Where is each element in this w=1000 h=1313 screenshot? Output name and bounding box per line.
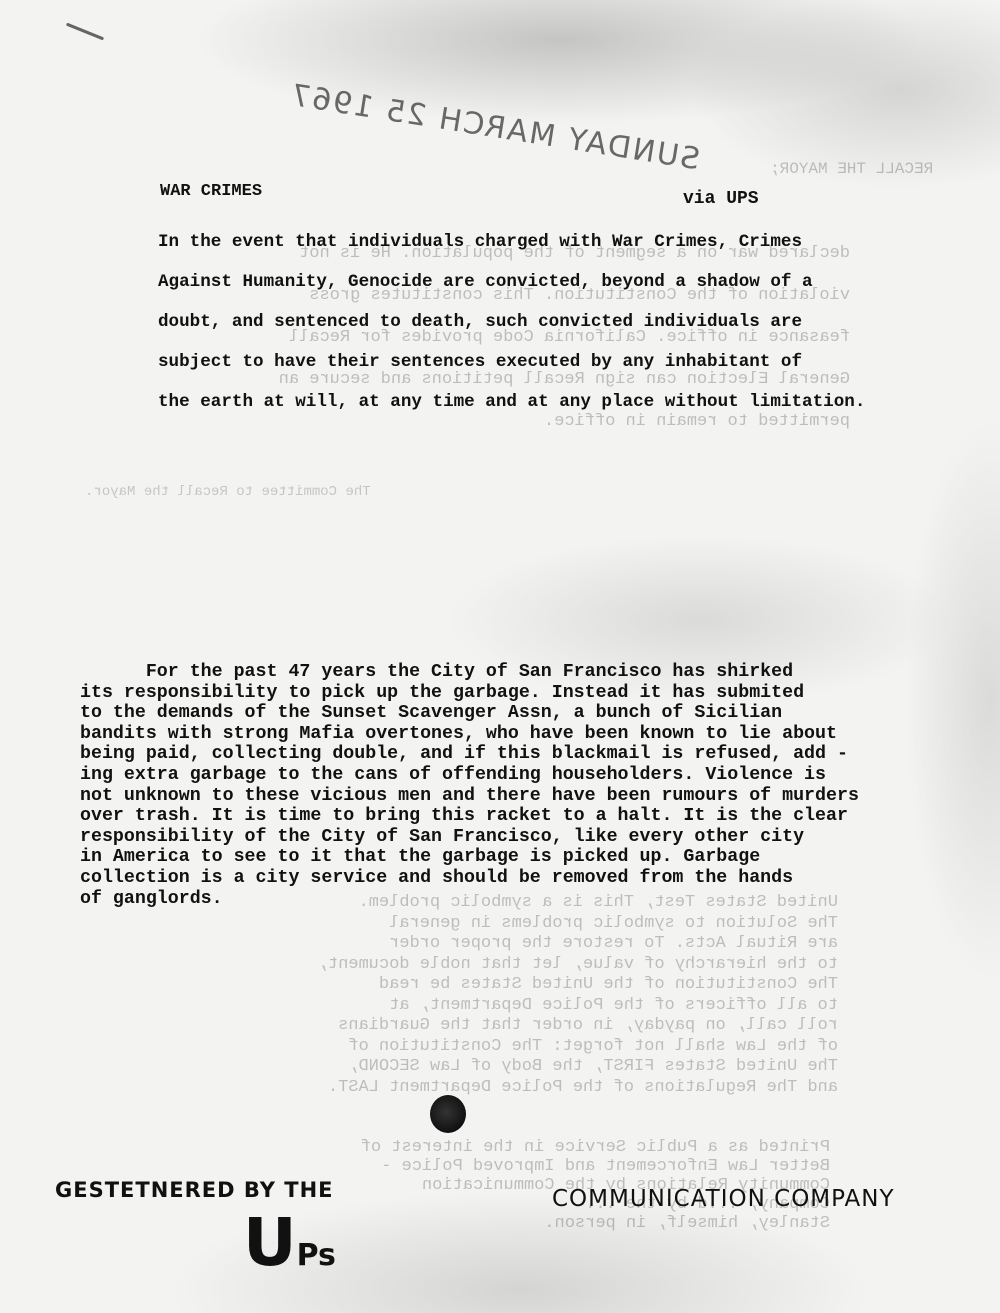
article-line: responsibility of the City of San Franci…	[80, 827, 980, 848]
article-line: ing extra garbage to the cans of offendi…	[80, 765, 980, 786]
war-crimes-title: WAR CRIMES	[160, 182, 262, 201]
bleed-line: Stanley, himself, in person.	[330, 1214, 830, 1233]
handwritten-date-bleed: SUNDAY MARCH 25 1967	[142, 110, 702, 190]
article-line: of ganglords.	[80, 889, 980, 910]
article-line: For the past 47 years the City of San Fr…	[80, 662, 980, 683]
bleed-line: are Ritual Acts. To restore the proper o…	[258, 934, 838, 955]
bleed-line: Better Law Enforcement and Improved Poli…	[330, 1157, 830, 1176]
bleed-line: to the hierarchy of value, let that nobl…	[258, 955, 838, 976]
bleed-line: roll call, on payday, in order that the …	[258, 1016, 838, 1037]
ups-logo-ps: Ps	[297, 1238, 336, 1273]
bleed-line: to all officers of the Police Department…	[258, 996, 838, 1017]
bleed-lines-bottom: United States Test, This is a symbolic p…	[258, 893, 838, 1098]
article-line: in America to see to it that the garbage…	[80, 847, 980, 868]
bleed-line: Printed as a Public Service in the inter…	[330, 1138, 830, 1157]
communication-company-label: COMMUNICATION COMPANY	[552, 1186, 895, 1212]
statement-line: subject to have their sentences executed…	[158, 342, 988, 382]
ups-logo: UPs	[243, 1210, 336, 1276]
article-line: not unknown to these vicious men and the…	[80, 786, 980, 807]
gestetnered-by-label: GESTETNERED BY THE	[55, 1178, 334, 1202]
article-line: its responsibility to pick up the garbag…	[80, 683, 980, 704]
garbage-article: For the past 47 years the City of San Fr…	[80, 662, 980, 909]
statement-line: Against Humanity, Genocide are convicted…	[158, 262, 988, 302]
article-line: collection is a city service and should …	[80, 868, 980, 889]
statement-line: doubt, and sentenced to death, such conv…	[158, 302, 988, 342]
via-ups-label: via UPS	[683, 189, 759, 209]
statement-line: In the event that individuals charged wi…	[158, 222, 988, 262]
bleed-line: The United States FIRST, the Body of Law…	[258, 1057, 838, 1078]
article-line: bandits with strong Mafia overtones, who…	[80, 724, 980, 745]
article-line: over trash. It is time to bring this rac…	[80, 806, 980, 827]
bleed-header-right: RECALL THE MAYOR;	[770, 160, 933, 178]
paper-texture	[0, 0, 1000, 1313]
article-line: being paid, collecting double, and if th…	[80, 744, 980, 765]
handwritten-date-text: SUNDAY MARCH 25 1967	[287, 78, 702, 177]
bleed-line: of the Law shall not forget: The Constit…	[258, 1037, 838, 1058]
bleed-line: and The Regulations of the Police Depart…	[258, 1078, 838, 1099]
bleed-line: The Solution to symbolic problems in gen…	[258, 914, 838, 935]
statement-line: the earth at will, at any time and at an…	[158, 382, 988, 422]
bleed-line: The Constitution of the United States be…	[258, 975, 838, 996]
ink-streak	[66, 23, 104, 41]
ups-logo-u: U	[243, 1204, 297, 1281]
war-crimes-statement: In the event that individuals charged wi…	[158, 222, 988, 422]
bleed-signature: The Committee to Recall the Mayor.	[85, 484, 371, 500]
ink-blot	[430, 1095, 466, 1133]
article-line: to the demands of the Sunset Scavenger A…	[80, 703, 980, 724]
